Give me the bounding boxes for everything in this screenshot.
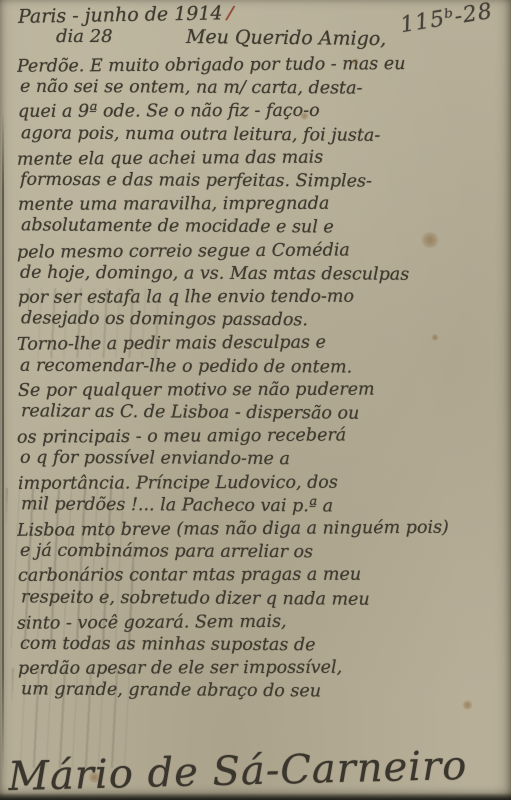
body-line: mente ela que achei uma das mais bbox=[17, 145, 505, 172]
body-line: um grande, grande abraço do seu bbox=[21, 679, 505, 706]
salutation: Meu Querido Amigo, bbox=[186, 26, 387, 50]
body-line: Torno-lhe a pedir mais desculpas e bbox=[17, 331, 505, 358]
body-line: mente uma maravilha, impregnada bbox=[18, 192, 505, 217]
body-line: perdão apesar de ele ser impossível, bbox=[18, 656, 505, 681]
body-line: sinto - você gozará. Sem mais, bbox=[17, 609, 505, 636]
body-line: a recomendar-lhe o pedido de ontem. bbox=[20, 354, 505, 380]
archive-corner-note: 115ᵇ-28 bbox=[398, 0, 494, 38]
body-line: absolutamente de mocidade e sul e bbox=[21, 215, 505, 242]
scan-edge-line bbox=[2, 110, 4, 770]
body-line: importância. Príncipe Ludovico, dos bbox=[18, 471, 505, 496]
body-line: quei a 9ª ode. Se o não fiz - faço-o bbox=[18, 100, 505, 125]
body-line: com todas as minhas supostas de bbox=[20, 633, 505, 659]
body-line: mil perdões !... la Pacheco vai p.ª a bbox=[21, 493, 505, 520]
body-line: respeito e, sobretudo dizer q nada meu bbox=[21, 586, 505, 613]
body-line: agora pois, numa outra leitura, foi just… bbox=[21, 122, 505, 149]
body-line: e já combinámos para arreliar os bbox=[20, 540, 505, 566]
signature: Mário de Sá-Carneiro bbox=[8, 742, 508, 800]
body-line: o q for possível enviando-me a bbox=[20, 447, 505, 473]
postcard-scan: 115ᵇ-28 Paris - junho de 1914/ dia 28 Me… bbox=[0, 0, 511, 800]
body-line: de hoje, domingo, a vs. Mas mtas desculp… bbox=[20, 262, 505, 288]
place-date-line: Paris - junho de 1914/ bbox=[18, 2, 233, 28]
red-pencil-mark: / bbox=[224, 2, 235, 25]
body-line: Se por qualquer motivo se não puderem bbox=[18, 378, 505, 403]
body-line: Lisboa mto breve (mas não diga a ninguém… bbox=[17, 516, 505, 543]
body-line: e não sei se ontem, na m/ carta, desta- bbox=[20, 76, 505, 102]
body-line: formosas e das mais perfeitas. Simples- bbox=[20, 169, 505, 195]
body-line: pelo mesmo correio segue a Comédia bbox=[17, 238, 505, 265]
body-line: Perdõe. E muito obrigado por tudo - mas … bbox=[17, 52, 505, 79]
body-line: por ser estafa la q lhe envio tendo-mo bbox=[18, 285, 505, 310]
body-line: carbonários contar mtas pragas a meu bbox=[18, 564, 505, 589]
day-line: dia 28 bbox=[56, 26, 113, 47]
letter-body: Perdõe. E muito obrigado por tudo - mas … bbox=[17, 54, 505, 704]
place-date-text: Paris - junho de 1914 bbox=[18, 2, 223, 28]
